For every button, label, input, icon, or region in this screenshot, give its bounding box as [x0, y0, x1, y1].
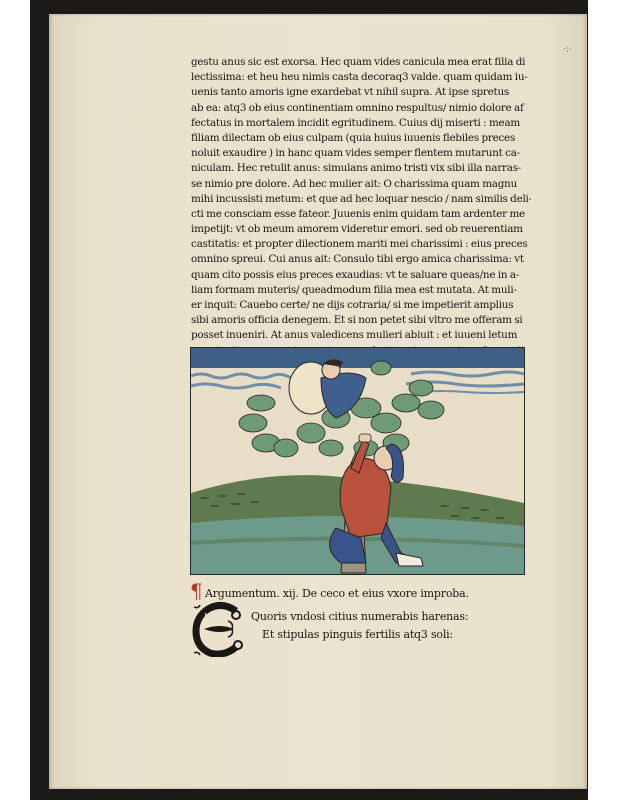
text-line: filiam dilectam ob eius culpam (quia hui…	[191, 131, 531, 146]
text-line: gestu anus sic est exorsa. Hec quam vide…	[191, 55, 531, 70]
text-line: fectatus in mortalem incidit egritudinem…	[191, 116, 531, 131]
decorated-initial-c-icon	[192, 601, 248, 657]
text-line: uenis tanto amoris igne exardebat vt nih…	[191, 85, 531, 100]
text-line: posset inueniri. At anus valedicens muli…	[191, 328, 531, 343]
text-line: lectissima: et heu heu nimis casta decor…	[191, 70, 531, 85]
text-line: impetijt: vt ob meum amorem videretur em…	[191, 222, 531, 237]
text-line: se nimio pre dolore. Ad hec mulier ait: …	[191, 177, 531, 192]
text-line: cti me consciam esse fateor. Juuenis eni…	[191, 207, 531, 222]
argument-heading: Argumentum. xij. De ceco et eius vxore i…	[205, 587, 469, 600]
pilcrow-mark: ¶	[190, 579, 203, 603]
text-line: liam formam muteris/ queadmodum filia me…	[191, 283, 531, 298]
text-line: noluit exaudire ) in hanc quam vides sem…	[191, 146, 531, 161]
corner-mark: ·:·	[563, 45, 572, 55]
text-line: er inquit: Cauebo certe/ ne dijs cotrari…	[191, 298, 531, 313]
woodcut-illustration	[190, 347, 525, 575]
verse-line-2: Et stipulas pinguis fertilis atq3 soli:	[262, 628, 453, 641]
woodcut-scene-icon	[191, 348, 524, 574]
body-text: gestu anus sic est exorsa. Hec quam vide…	[191, 55, 531, 374]
text-line: mihi incussisti metum: et que ad hec loq…	[191, 192, 531, 207]
text-line: sibi amoris officia denegem. Et si non p…	[191, 313, 531, 328]
text-line: castitatis: et propter dilectionem marit…	[191, 237, 531, 252]
verse-line-1: Quoris vndosi citius numerabis harenas:	[251, 610, 468, 623]
text-line: quam cito possis eius preces exaudias: v…	[191, 268, 531, 283]
text-line: omnino spreui. Cui anus ait: Consulo tib…	[191, 252, 531, 267]
text-line: ab ea: atq3 ob eius continentiam omnino …	[191, 101, 531, 116]
text-line: niculam. Hec retulit anus: simulans anim…	[191, 161, 531, 176]
